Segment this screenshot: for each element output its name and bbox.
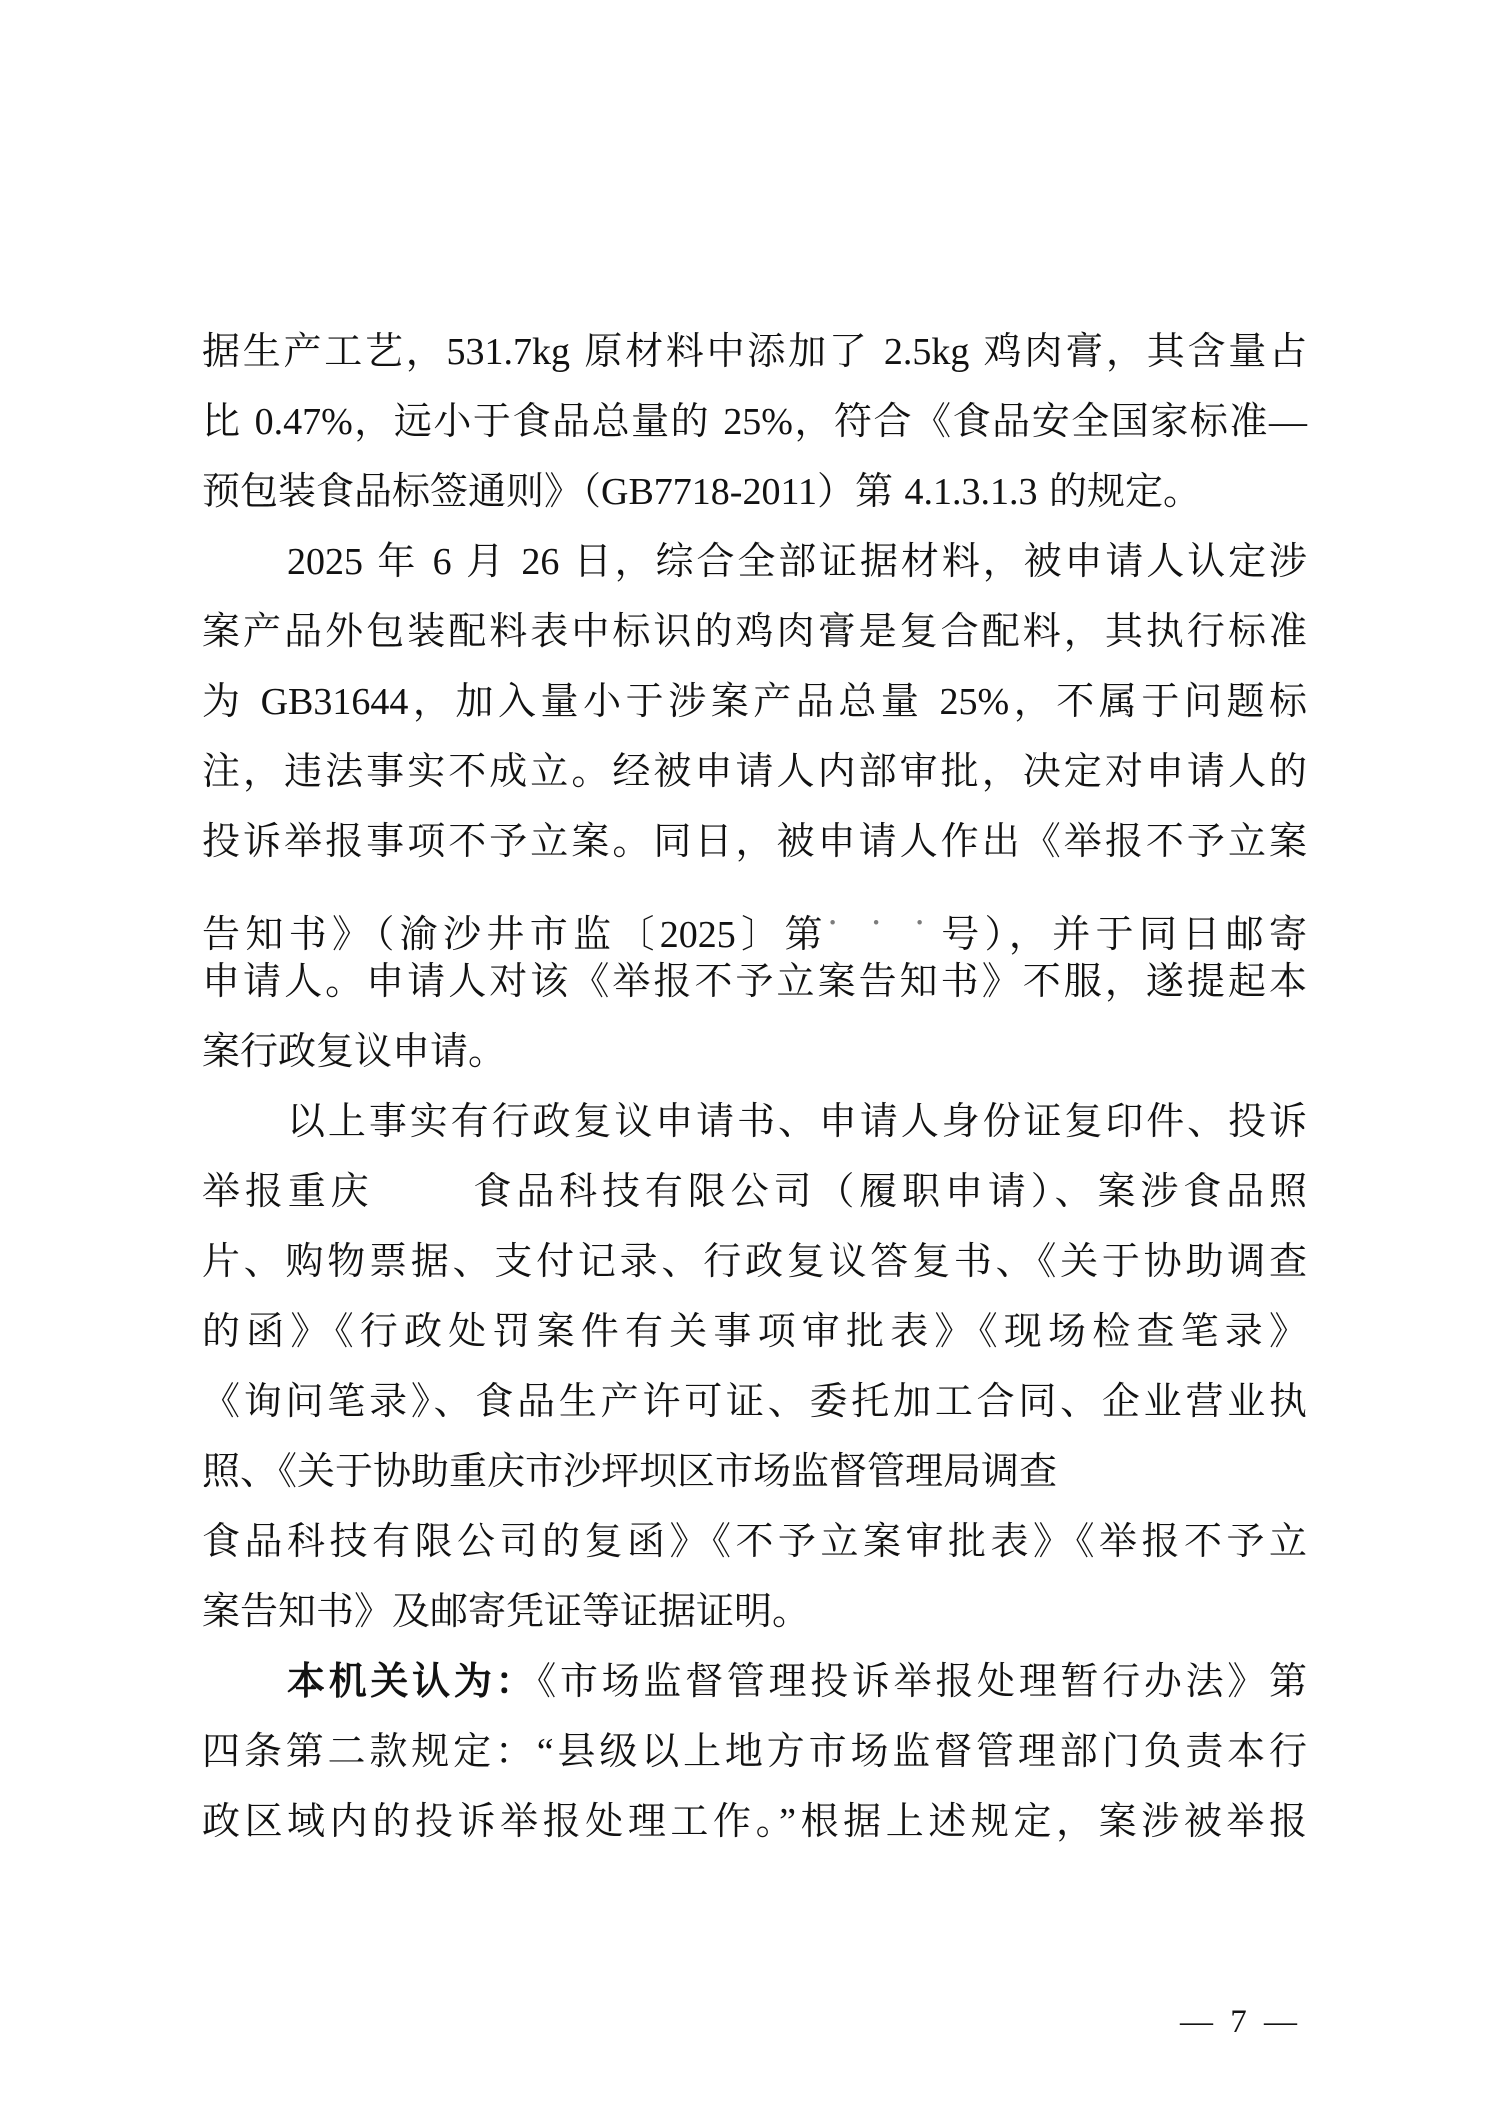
document-line: 案告知书》及邮寄凭证等证据证明。 <box>202 1577 1307 1647</box>
document-line: 举报重庆食品科技有限公司（履职申请）、案涉食品照 <box>202 1157 1307 1227</box>
document-line: 案产品外包装配料表中标识的鸡肉膏是复合配料，其执行标准 <box>202 597 1307 667</box>
bold-lead-text: 本机关认为： <box>287 1661 537 1703</box>
page-number: — 7 — <box>1180 2002 1297 2042</box>
document-line: 投诉举报事项不予立案。同日，被申请人作出《举报不予立案 <box>202 807 1307 877</box>
document-line-text: 食品科技有限公司（履职申请）、案涉食品照 <box>469 1171 1307 1213</box>
document-line: 告知书》（渝沙井市监〔2025〕第...号），并于同日邮寄 <box>202 877 1307 947</box>
document-line-text: 《市场监督管理投诉举报处理暂行办法》第 <box>537 1661 1307 1703</box>
document-line: 食品科技有限公司的复函》《不予立案审批表》《举报不予立 <box>202 1507 1307 1577</box>
document-line: 为 GB31644，加入量小于涉案产品总量 25%，不属于问题标 <box>202 667 1307 737</box>
document-line: 本机关认为：《市场监督管理投诉举报处理暂行办法》第 <box>202 1647 1307 1717</box>
document-line: 以上事实有行政复议申请书、申请人身份证复印件、投诉 <box>202 1087 1307 1157</box>
document-line: 预包装食品标签通则》（GB7718-2011）第 4.1.3.1.3 的规定。 <box>202 457 1307 527</box>
document-line-text: 举报重庆 <box>202 1171 374 1213</box>
document-line: 申请人。申请人对该《举报不予立案告知书》不服，遂提起本 <box>202 947 1307 1017</box>
document-line: 片、购物票据、支付记录、行政复议答复书、《关于协助调查 <box>202 1227 1307 1297</box>
document-line: 2025 年 6 月 26 日，综合全部证据材料，被申请人认定涉 <box>202 527 1307 597</box>
document-line: 《询问笔录》、食品生产许可证、委托加工合同、企业营业执 <box>202 1367 1307 1437</box>
document-line: 照、《关于协助重庆市沙坪坝区市场监督管理局调查 <box>202 1437 1307 1507</box>
document-text-block: 据生产工艺，531.7kg 原材料中添加了 2.5kg 鸡肉膏，其含量占 比 0… <box>202 317 1307 1857</box>
document-line: 的函》《行政处罚案件有关事项审批表》《现场检查笔录》 <box>202 1297 1307 1367</box>
document-line: 比 0.47%，远小于食品总量的 25%，符合《食品安全国家标准— <box>202 387 1307 457</box>
document-line: 据生产工艺，531.7kg 原材料中添加了 2.5kg 鸡肉膏，其含量占 <box>202 317 1307 387</box>
scanned-document-page: 据生产工艺，531.7kg 原材料中添加了 2.5kg 鸡肉膏，其含量占 比 0… <box>0 0 1487 2105</box>
document-line: 政区域内的投诉举报处理工作。”根据上述规定，案涉被举报 <box>202 1787 1307 1857</box>
redacted-document-number: ... <box>828 877 936 947</box>
document-line: 四条第二款规定：“县级以上地方市场监督管理部门负责本行 <box>202 1717 1307 1787</box>
document-line: 注，违法事实不成立。经被申请人内部审批，决定对申请人的 <box>202 737 1307 807</box>
document-line: 案行政复议申请。 <box>202 1017 1307 1087</box>
